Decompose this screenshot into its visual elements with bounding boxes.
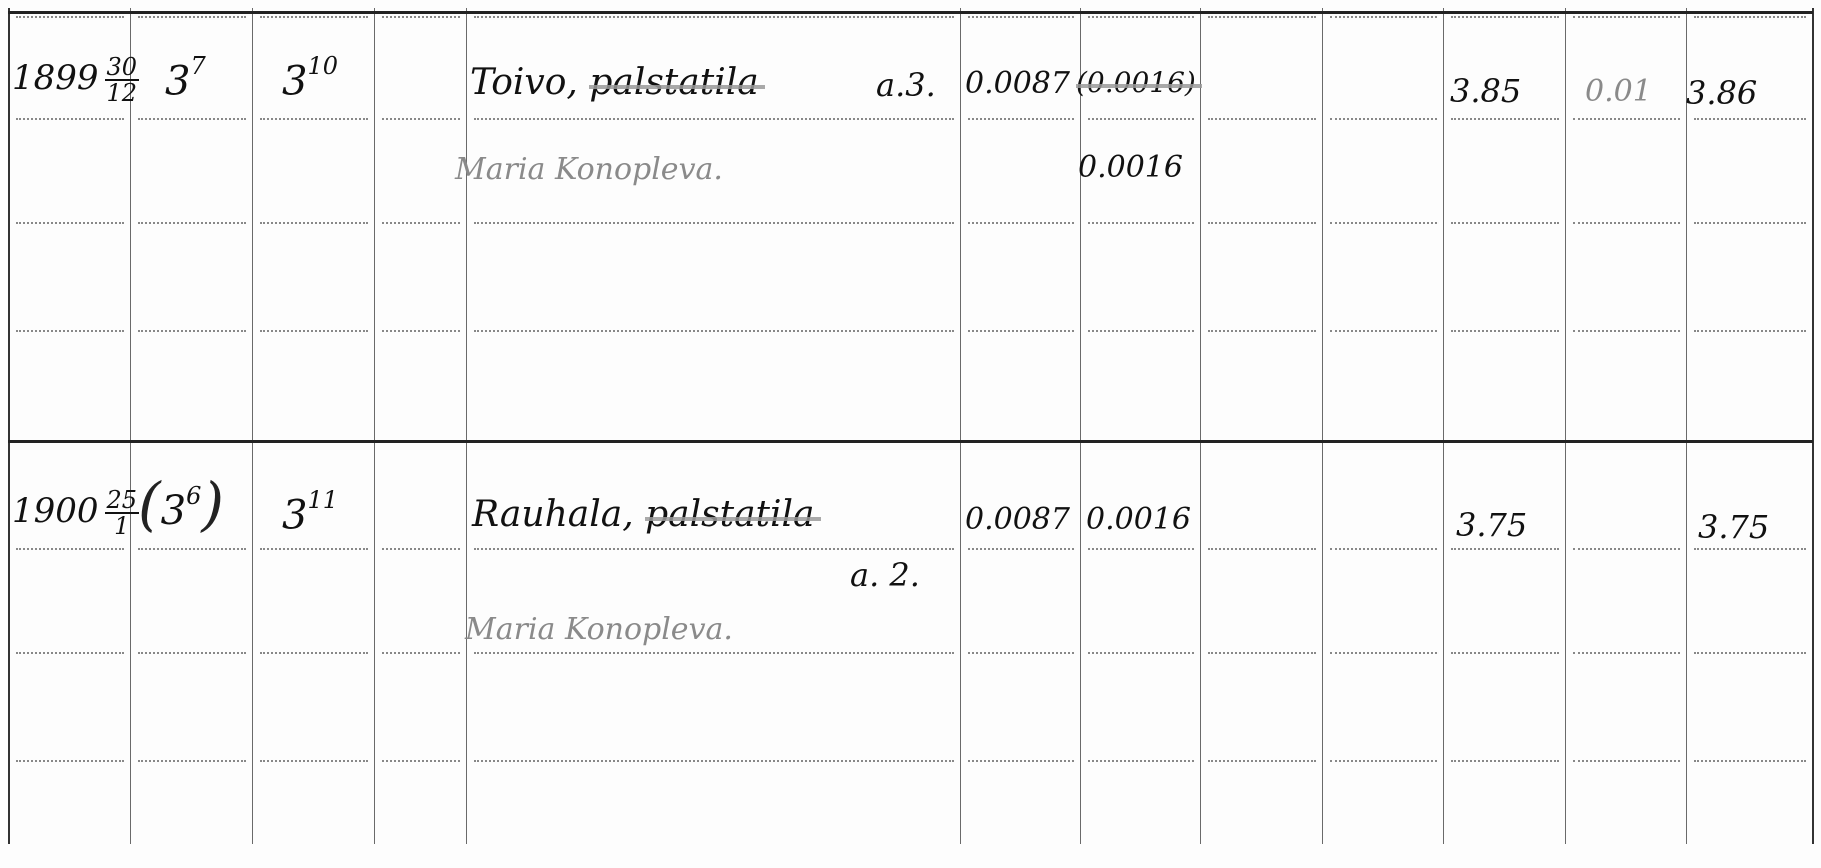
dotted-rule bbox=[260, 760, 368, 762]
dotted-rule bbox=[1208, 548, 1316, 550]
dotted-rule bbox=[1330, 16, 1437, 18]
dotted-rule bbox=[138, 16, 246, 18]
dotted-rule bbox=[138, 330, 246, 332]
dotted-rule bbox=[1451, 330, 1559, 332]
column-divider bbox=[130, 8, 131, 844]
dotted-rule bbox=[968, 330, 1074, 332]
dotted-rule bbox=[1330, 118, 1437, 120]
dotted-rule bbox=[1451, 548, 1559, 550]
dotted-rule bbox=[260, 548, 368, 550]
dotted-rule bbox=[1451, 118, 1559, 120]
dotted-rule bbox=[1573, 16, 1680, 18]
col2-value: 37 bbox=[165, 58, 206, 104]
dotted-rule bbox=[1573, 548, 1680, 550]
dotted-rule bbox=[1208, 118, 1316, 120]
date-fraction: 251 bbox=[105, 488, 140, 538]
dotted-rule bbox=[382, 330, 460, 332]
entry-date: 18993012 bbox=[12, 55, 139, 105]
dotted-rule bbox=[1088, 16, 1194, 18]
property-name: Rauhala, bbox=[472, 494, 634, 535]
dotted-rule bbox=[1694, 652, 1806, 654]
dotted-rule bbox=[1573, 652, 1680, 654]
dotted-rule bbox=[138, 760, 246, 762]
column-divider bbox=[1565, 8, 1566, 844]
dotted-rule bbox=[474, 16, 954, 18]
dotted-rule bbox=[1573, 760, 1680, 762]
dotted-rule bbox=[382, 118, 460, 120]
dotted-rule bbox=[1330, 330, 1437, 332]
entry-description: Toivo, palstatila bbox=[470, 62, 759, 103]
dotted-rule bbox=[1694, 760, 1806, 762]
column-divider bbox=[1080, 8, 1081, 844]
owner-name: Maria Konopleva. bbox=[455, 152, 723, 187]
dotted-rule bbox=[1694, 330, 1806, 332]
dotted-rule bbox=[1330, 222, 1437, 224]
column-divider bbox=[1686, 8, 1687, 844]
dotted-rule bbox=[1573, 222, 1680, 224]
dotted-rule bbox=[968, 548, 1074, 550]
dotted-rule bbox=[474, 652, 954, 654]
dotted-rule bbox=[260, 330, 368, 332]
dotted-rule bbox=[1208, 222, 1316, 224]
date-year: 1900 bbox=[12, 491, 99, 531]
entry-separator-top bbox=[8, 11, 1813, 14]
dotted-rule bbox=[1330, 760, 1437, 762]
dotted-rule bbox=[1088, 652, 1194, 654]
dotted-rule bbox=[1694, 548, 1806, 550]
dotted-rule bbox=[260, 652, 368, 654]
dotted-rule bbox=[1330, 652, 1437, 654]
dotted-rule bbox=[1451, 16, 1559, 18]
dotted-rule bbox=[1088, 330, 1194, 332]
dotted-rule bbox=[16, 118, 124, 120]
date-fraction: 3012 bbox=[105, 55, 140, 105]
dotted-rule bbox=[382, 16, 460, 18]
date-day: 25 bbox=[105, 488, 140, 514]
struck-word: palstatila bbox=[589, 62, 758, 103]
dotted-rule bbox=[138, 118, 246, 120]
dotted-rule bbox=[1573, 118, 1680, 120]
owner-name: Maria Konopleva. bbox=[465, 612, 733, 647]
dotted-rule bbox=[382, 652, 460, 654]
dotted-rule bbox=[260, 118, 368, 120]
dotted-rule bbox=[1208, 760, 1316, 762]
entry-date: 1900251 bbox=[12, 488, 139, 538]
date-year: 1899 bbox=[12, 58, 99, 98]
col3-value: 311 bbox=[282, 492, 338, 538]
date-month: 12 bbox=[107, 81, 138, 105]
dotted-rule bbox=[968, 16, 1074, 18]
class-code: a. 2. bbox=[850, 556, 920, 594]
struck-word: palstatila bbox=[645, 494, 814, 535]
column-divider bbox=[252, 8, 253, 844]
dotted-rule bbox=[1088, 118, 1194, 120]
dotted-rule bbox=[1088, 548, 1194, 550]
dotted-rule bbox=[474, 760, 954, 762]
dotted-rule bbox=[16, 222, 124, 224]
entry-separator-middle bbox=[8, 440, 1813, 443]
class-code: a.3. bbox=[876, 66, 936, 104]
total: 3.75 bbox=[1698, 508, 1769, 546]
dotted-rule bbox=[382, 760, 460, 762]
value-a: 0.0087 bbox=[965, 66, 1070, 101]
dotted-rule bbox=[16, 330, 124, 332]
right-border bbox=[1812, 8, 1814, 844]
dotted-rule bbox=[260, 16, 368, 18]
dotted-rule bbox=[474, 548, 954, 550]
property-name: Toivo, bbox=[470, 62, 578, 103]
dotted-rule bbox=[968, 652, 1074, 654]
dotted-rule bbox=[1694, 118, 1806, 120]
dotted-rule bbox=[474, 330, 954, 332]
dotted-rule bbox=[1451, 652, 1559, 654]
addition: 0.01 bbox=[1585, 74, 1652, 109]
dotted-rule bbox=[1088, 760, 1194, 762]
column-divider bbox=[466, 8, 467, 844]
column-divider bbox=[1322, 8, 1323, 844]
entry-description: Rauhala, palstatila bbox=[472, 494, 815, 535]
dotted-rule bbox=[968, 222, 1074, 224]
column-divider bbox=[1443, 8, 1444, 844]
column-divider bbox=[960, 8, 961, 844]
value-b: 0.0016 bbox=[1078, 150, 1183, 185]
dotted-rule bbox=[1694, 222, 1806, 224]
dotted-rule bbox=[1208, 330, 1316, 332]
dotted-rule bbox=[138, 548, 246, 550]
dotted-rule bbox=[968, 118, 1074, 120]
col3-value: 310 bbox=[282, 58, 338, 104]
dotted-rule bbox=[382, 548, 460, 550]
dotted-rule bbox=[138, 222, 246, 224]
dotted-rule bbox=[1694, 16, 1806, 18]
dotted-rule bbox=[1088, 222, 1194, 224]
dotted-rule bbox=[1451, 760, 1559, 762]
column-divider bbox=[374, 8, 375, 844]
amount: 3.85 bbox=[1450, 72, 1521, 110]
amount: 3.75 bbox=[1456, 506, 1527, 544]
dotted-rule bbox=[260, 222, 368, 224]
dotted-rule bbox=[1451, 222, 1559, 224]
dotted-rule bbox=[474, 118, 954, 120]
dotted-rule bbox=[1573, 330, 1680, 332]
total: 3.86 bbox=[1686, 74, 1757, 112]
dotted-rule bbox=[16, 760, 124, 762]
dotted-rule bbox=[968, 760, 1074, 762]
date-day: 30 bbox=[105, 55, 140, 81]
dotted-rule bbox=[1208, 16, 1316, 18]
date-month: 1 bbox=[114, 514, 129, 538]
left-border bbox=[8, 8, 10, 844]
dotted-rule bbox=[1330, 548, 1437, 550]
dotted-rule bbox=[16, 548, 124, 550]
column-divider bbox=[1200, 8, 1201, 844]
dotted-rule bbox=[1208, 652, 1316, 654]
dotted-rule bbox=[16, 16, 124, 18]
dotted-rule bbox=[16, 652, 124, 654]
value-a: 0.0087 bbox=[965, 502, 1070, 537]
dotted-rule bbox=[382, 222, 460, 224]
col2-value: (36) bbox=[138, 470, 224, 538]
dotted-rule bbox=[138, 652, 246, 654]
value-b-struck: (0.0016) bbox=[1076, 66, 1196, 99]
dotted-rule bbox=[474, 222, 954, 224]
value-b: 0.0016 bbox=[1086, 502, 1191, 537]
